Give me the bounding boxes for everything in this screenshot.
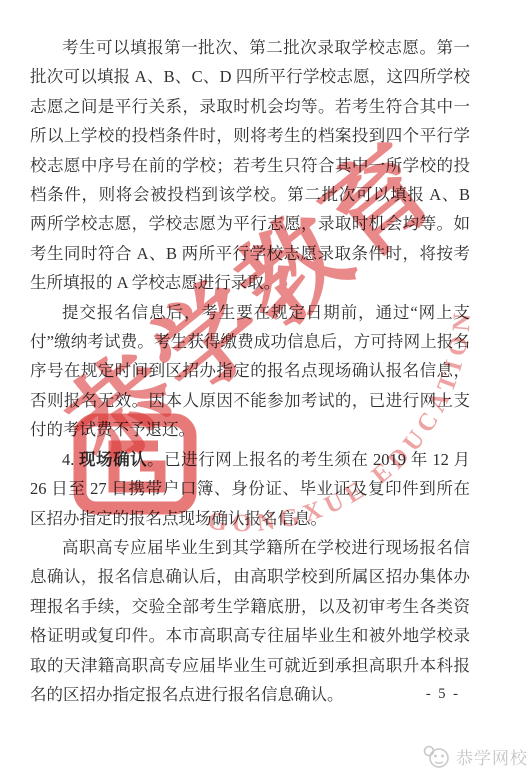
footer-brand: 恭学网校 xyxy=(422,742,528,770)
text-segment: 高职高专应届毕业生到其学籍所在学校进行现场报名信息确认，报名信息确认后，由高职学… xyxy=(30,538,470,704)
footer-brand-text: 恭学网校 xyxy=(456,744,528,769)
paragraph-2: 提交报名信息后，考生要在规定日期前，通过“网上支付”缴纳考试费。考生获得缴费成功… xyxy=(30,298,470,445)
page-number: - 5 - xyxy=(426,686,460,703)
paragraph-4: 高职高专应届毕业生到其学籍所在学校进行现场报名信息确认，报名信息确认后，由高职学… xyxy=(30,533,470,709)
text-segment: 4. xyxy=(62,450,79,469)
emphasized-term: 现场确认 xyxy=(79,450,147,469)
paragraph-3: 4. 现场确认。已进行网上报名的考生须在 2019 年 12 月 26 日至 2… xyxy=(30,445,470,533)
document-body: 考生可以填报第一批次、第二批次录取学校志愿。第一批次可以填报 A、B、C、D 四… xyxy=(30,33,470,709)
text-segment: 提交报名信息后，考生要在规定日期前，通过“网上支付”缴纳考试费。考生获得缴费成功… xyxy=(30,303,470,440)
document-page: 考生可以填报第一批次、第二批次录取学校志愿。第一批次可以填报 A、B、C、D 四… xyxy=(0,0,532,773)
text-segment: 考生可以填报第一批次、第二批次录取学校志愿。第一批次可以填报 A、B、C、D 四… xyxy=(30,38,470,292)
paragraph-1: 考生可以填报第一批次、第二批次录取学校志愿。第一批次可以填报 A、B、C、D 四… xyxy=(30,33,470,298)
brand-logo-icon xyxy=(422,742,452,770)
